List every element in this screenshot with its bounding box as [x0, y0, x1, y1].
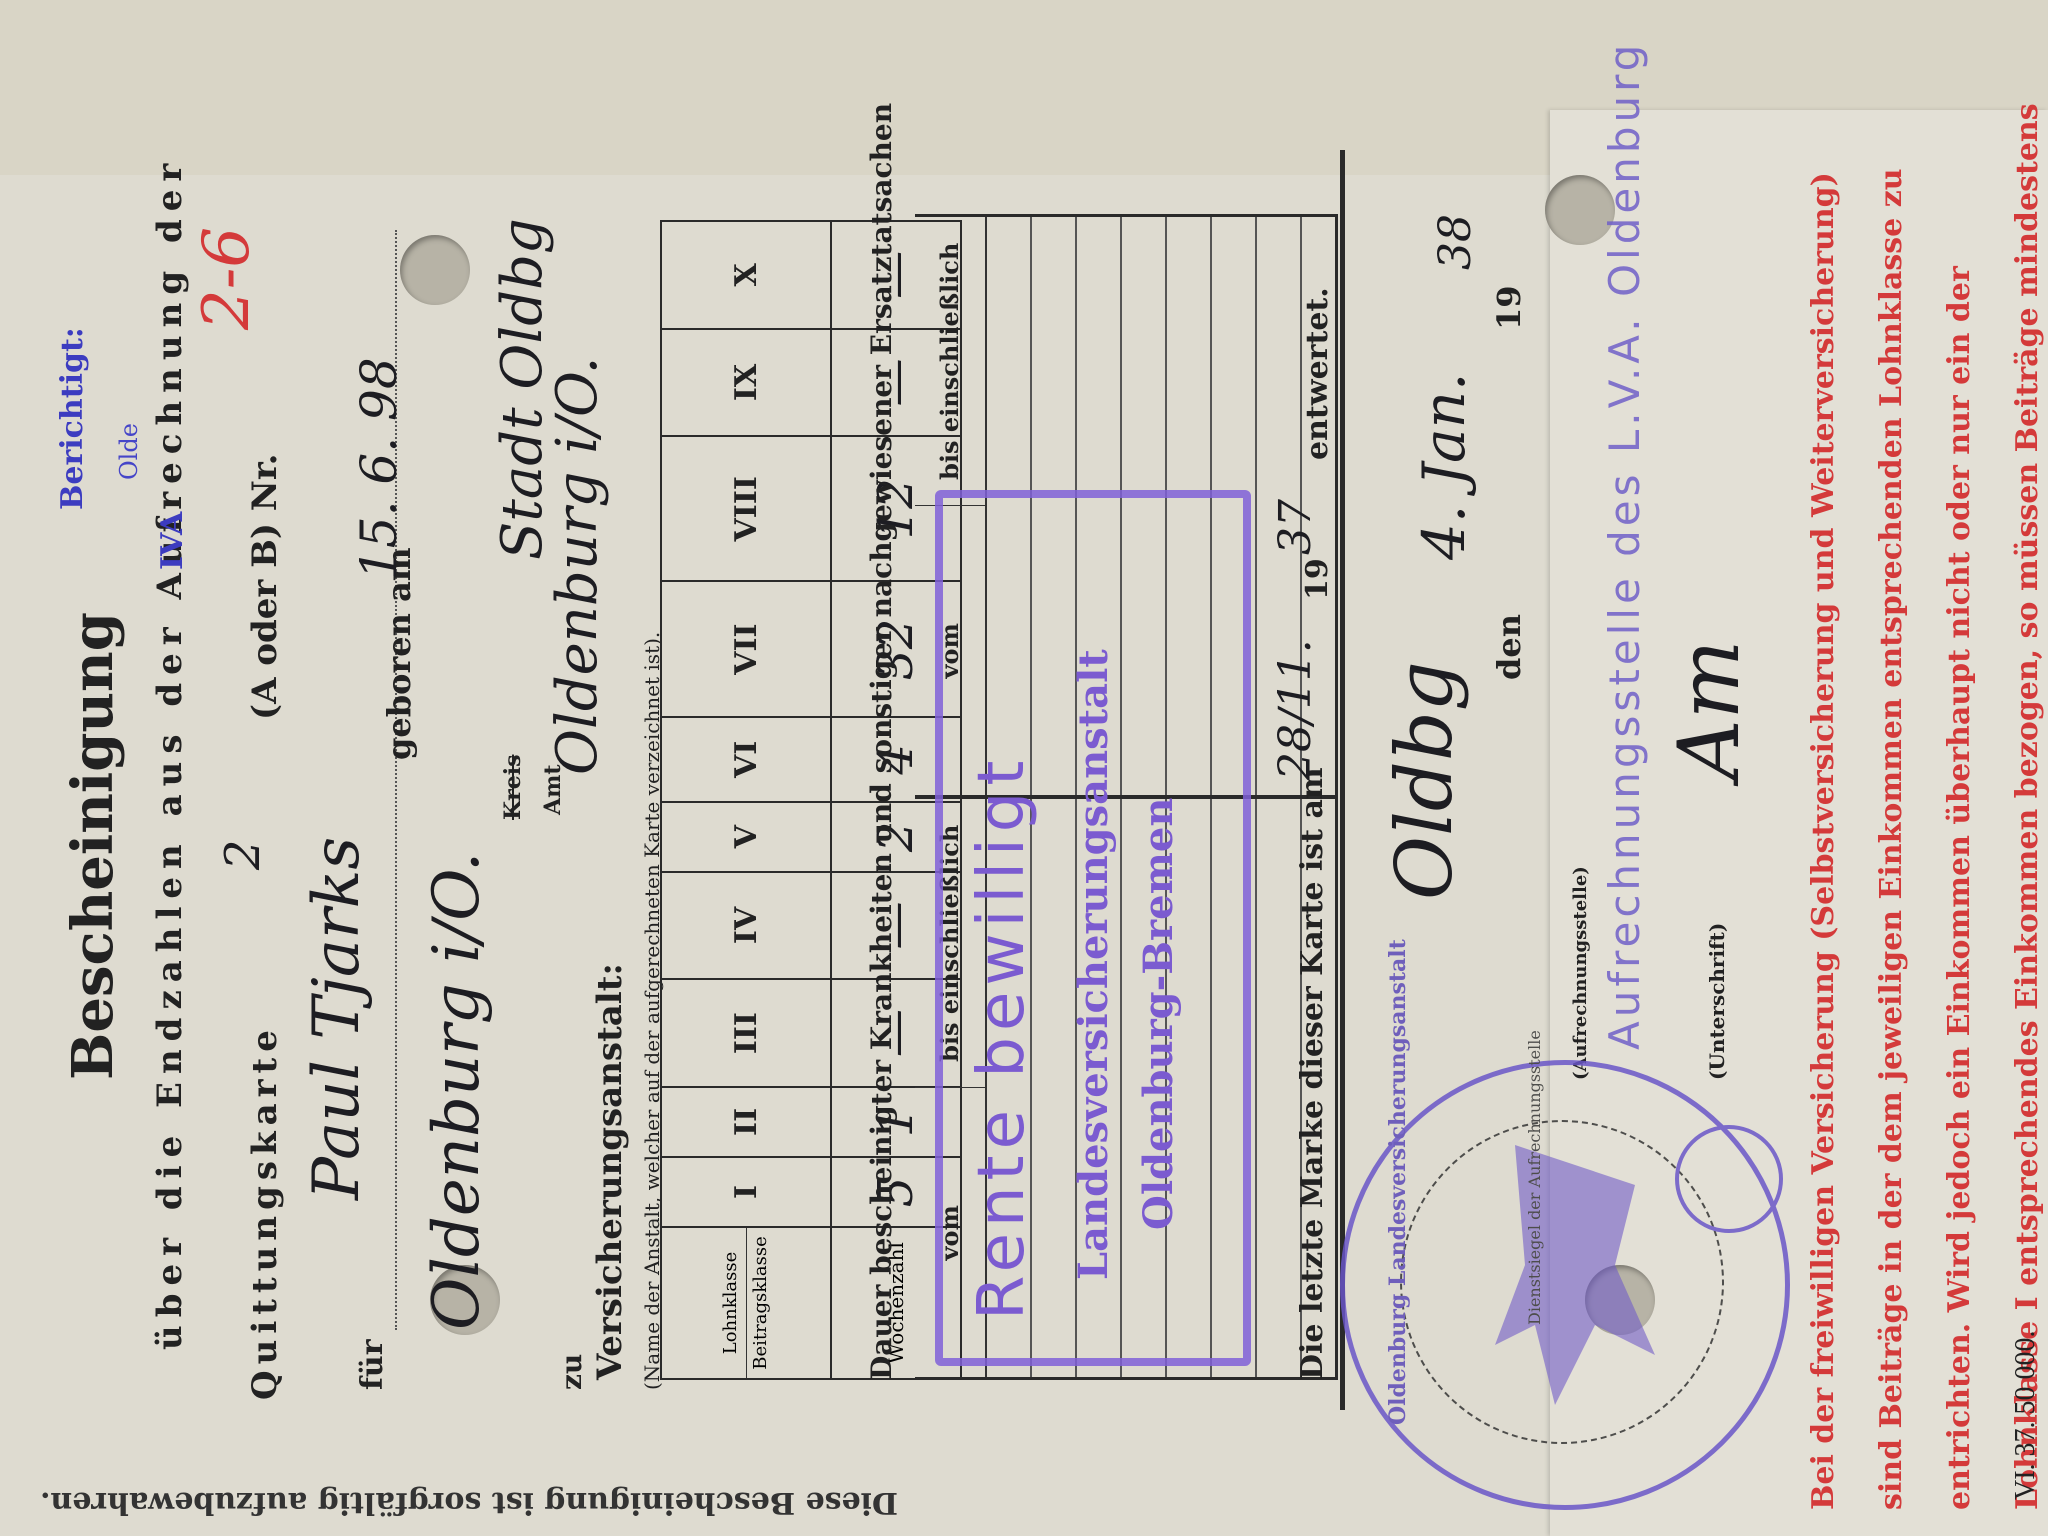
red-correction: 2-6 — [190, 227, 264, 330]
class-col-7: VII — [661, 581, 831, 717]
last-stamp-year-prefix: 19 — [1300, 558, 1335, 600]
for-label: für — [355, 1339, 390, 1390]
lohnklasse-label: Lohnklasse — [717, 1228, 747, 1378]
residence-value: Oldenburg i/O. — [420, 852, 494, 1330]
last-stamp-year: 37 — [1270, 499, 1321, 555]
iva-stamp: IVA — [155, 512, 190, 570]
last-stamp-suffix: entwertet. — [1300, 287, 1335, 460]
seal-text: Oldenburg Landesversicherungsanstalt — [1385, 939, 1411, 1425]
table-bottom-rule — [1340, 150, 1345, 1410]
in-label: zu — [555, 1354, 588, 1390]
insurer-label: Versicherungsanstalt: — [590, 963, 630, 1380]
footnote-line-2: sind Beiträge in der dem jeweiligen Eink… — [1858, 90, 1926, 1510]
seal-roundel — [1675, 1125, 1783, 1233]
kreis-label: Kreis — [500, 755, 526, 820]
class-col-1: I — [661, 1157, 831, 1227]
signature-year-prefix: 19 — [1490, 285, 1528, 330]
class-col-10: X — [661, 221, 831, 329]
approval-stamp-line3: Oldenburg-Bremen — [1135, 798, 1182, 1230]
class-col-8: VIII — [661, 436, 831, 581]
card-label: Quittungskarte — [245, 1024, 285, 1400]
official-seal: Oldenburg Landesversicherungsanstalt Die… — [1340, 1060, 1790, 1510]
class-col-5: V — [661, 802, 831, 872]
seal-label: Dienstsiegel der Aufrechnungsstelle — [1525, 1030, 1544, 1325]
olde-note: Olde — [115, 423, 143, 480]
card-number-value: 2 — [215, 839, 271, 870]
document-title: Bescheinigung — [60, 612, 126, 1080]
reverse-footer-text: Diese Bescheinigung ist sorgfältig aufzu… — [40, 1485, 898, 1520]
berichtigt-stamp: Berichtigt: — [55, 327, 90, 510]
signature-label: (Unterschrift) — [1705, 923, 1729, 1080]
punch-hole — [400, 235, 470, 305]
class-col-2: II — [661, 1087, 831, 1157]
subtitle-line: über die Endzahlen aus der Aufrechnung d… — [150, 156, 190, 1350]
beitragsklasse-label: Beitragsklasse — [747, 1228, 776, 1378]
class-col-9: IX — [661, 329, 831, 437]
signature-date: 4. Jan. — [1410, 373, 1478, 560]
approval-stamp-line1: Rente bewilligt — [965, 754, 1039, 1320]
approval-stamp-line2: Landesversicherungsanstalt — [1070, 649, 1117, 1280]
red-footnote: Bei der freiwilligen Versicherung (Selbs… — [1790, 90, 2048, 1510]
amt-value: Oldenburg i/O. — [545, 357, 610, 775]
birth-date-value: 15. 6. 98 — [350, 357, 408, 580]
signature-year: 38 — [1430, 214, 1481, 270]
class-col-6: VI — [661, 717, 831, 802]
print-code: VI. 37. 50 000. — [2010, 1330, 2042, 1500]
class-col-4: IV — [661, 872, 831, 980]
illness-col-to-2: bis einschließlich — [915, 217, 985, 506]
footnote-line-1: Bei der freiwilligen Versicherung (Selbs… — [1790, 90, 1858, 1510]
footnote-line-4: Lohnklasse I entsprechendes Einkommen be… — [1994, 90, 2048, 1510]
illness-table-title: Dauer bescheinigter Krankheiten und sons… — [865, 103, 898, 1380]
signature-place: Oldbg — [1380, 661, 1470, 900]
footnote-line-3: entrichten. Wird jedoch ein Einkommen üb… — [1926, 90, 1994, 1510]
eagle-emblem-icon — [1475, 1125, 1675, 1425]
den-label: den — [1490, 614, 1528, 680]
last-stamp-date: 28/11. — [1270, 639, 1321, 780]
card-type-label: (A oder B) Nr. — [245, 453, 285, 720]
office-stamp: Aufrechnungsstelle des L.V.A. Oldenburg — [1600, 41, 1649, 1050]
class-col-3: III — [661, 979, 831, 1087]
name-value: Paul Tjarks — [300, 837, 374, 1200]
last-stamp-label: Die letzte Marke dieser Karte ist am — [1295, 767, 1330, 1380]
signature-scribble: Am — [1660, 640, 1758, 780]
